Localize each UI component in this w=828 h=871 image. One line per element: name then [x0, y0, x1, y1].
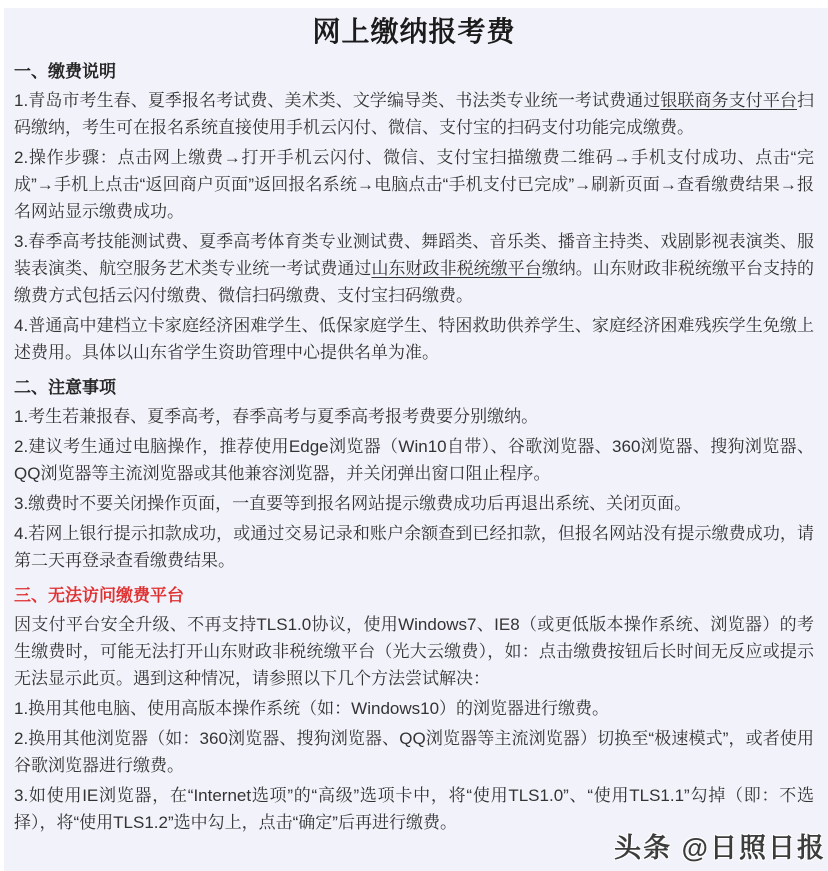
text-run: 2.操作步骤：点击网上缴费→打开手机云闪付、微信、支付宝扫描缴费二维码→手机支付…	[14, 148, 814, 221]
paragraph: 1.考生若兼报春、夏季高考，春季高考与夏季高考报考费要分别缴纳。	[14, 403, 814, 430]
page-title: 网上缴纳报考费	[14, 14, 814, 50]
paragraph: 3.缴费时不要关闭操作页面，一直要等到报名网站提示缴费成功后再退出系统、关闭页面…	[14, 490, 814, 517]
section-heading: 三、无法访问缴费平台	[14, 584, 814, 608]
sections-container: 一、缴费说明1.青岛市考生春、夏季报名考试费、美术类、文学编导类、书法类专业统一…	[14, 60, 814, 836]
text-run: 3.缴费时不要关闭操作页面，一直要等到报名网站提示缴费成功后再退出系统、关闭页面…	[14, 494, 691, 513]
text-run: 1.青岛市考生春、夏季报名考试费、美术类、文学编导类、书法类专业统一考试费通过	[14, 91, 660, 110]
paragraph: 3.如使用IE浏览器，在“Internet选项”的“高级”选项卡中，将“使用TL…	[14, 782, 814, 836]
paragraph: 2.换用其他浏览器（如：360浏览器、搜狗浏览器、QQ浏览器等主流浏览器）切换至…	[14, 725, 814, 779]
paragraph: 2.建议考生通过电脑操作，推荐使用Edge浏览器（Win10自带）、谷歌浏览器、…	[14, 433, 814, 487]
section-heading: 二、注意事项	[14, 376, 814, 400]
paragraph: 因支付平台安全升级、不再支持TLS1.0协议，使用Windows7、IE8（或更…	[14, 611, 814, 692]
text-run: 1.考生若兼报春、夏季高考，春季高考与夏季高考报考费要分别缴纳。	[14, 407, 538, 426]
paragraph: 1.换用其他电脑、使用高版本操作系统（如：Windows10）的浏览器进行缴费。	[14, 695, 814, 722]
paragraph: 4.普通高中建档立卡家庭经济困难学生、低保家庭学生、特困救助供养学生、家庭经济困…	[14, 312, 814, 366]
text-run: 4.若网上银行提示扣款成功，或通过交易记录和账户余额查到已经扣款，但报名网站没有…	[14, 524, 814, 570]
document-page: 网上缴纳报考费 一、缴费说明1.青岛市考生春、夏季报名考试费、美术类、文学编导类…	[4, 8, 828, 871]
paragraph: 4.若网上银行提示扣款成功，或通过交易记录和账户余额查到已经扣款，但报名网站没有…	[14, 520, 814, 574]
text-run: 1.换用其他电脑、使用高版本操作系统（如：Windows10）的浏览器进行缴费。	[14, 699, 609, 718]
underlined-term: 山东财政非税统缴平台	[371, 259, 541, 278]
text-run: 因支付平台安全升级、不再支持TLS1.0协议，使用Windows7、IE8（或更…	[14, 615, 814, 688]
text-run: 3.如使用IE浏览器，在“Internet选项”的“高级”选项卡中，将“使用TL…	[14, 786, 814, 832]
text-run: 2.换用其他浏览器（如：360浏览器、搜狗浏览器、QQ浏览器等主流浏览器）切换至…	[14, 729, 814, 775]
paragraph: 3.春季高考技能测试费、夏季高考体育类专业测试费、舞蹈类、音乐类、播音主持类、戏…	[14, 228, 814, 309]
text-run: 4.普通高中建档立卡家庭经济困难学生、低保家庭学生、特困救助供养学生、家庭经济困…	[14, 316, 814, 362]
text-run: 2.建议考生通过电脑操作，推荐使用Edge浏览器（Win10自带）、谷歌浏览器、…	[14, 437, 814, 483]
document-content: 网上缴纳报考费 一、缴费说明1.青岛市考生春、夏季报名考试费、美术类、文学编导类…	[4, 8, 828, 836]
paragraph: 1.青岛市考生春、夏季报名考试费、美术类、文学编导类、书法类专业统一考试费通过银…	[14, 87, 814, 141]
underlined-term: 银联商务支付平台	[660, 91, 797, 110]
section-heading: 一、缴费说明	[14, 60, 814, 84]
paragraph: 2.操作步骤：点击网上缴费→打开手机云闪付、微信、支付宝扫描缴费二维码→手机支付…	[14, 144, 814, 225]
